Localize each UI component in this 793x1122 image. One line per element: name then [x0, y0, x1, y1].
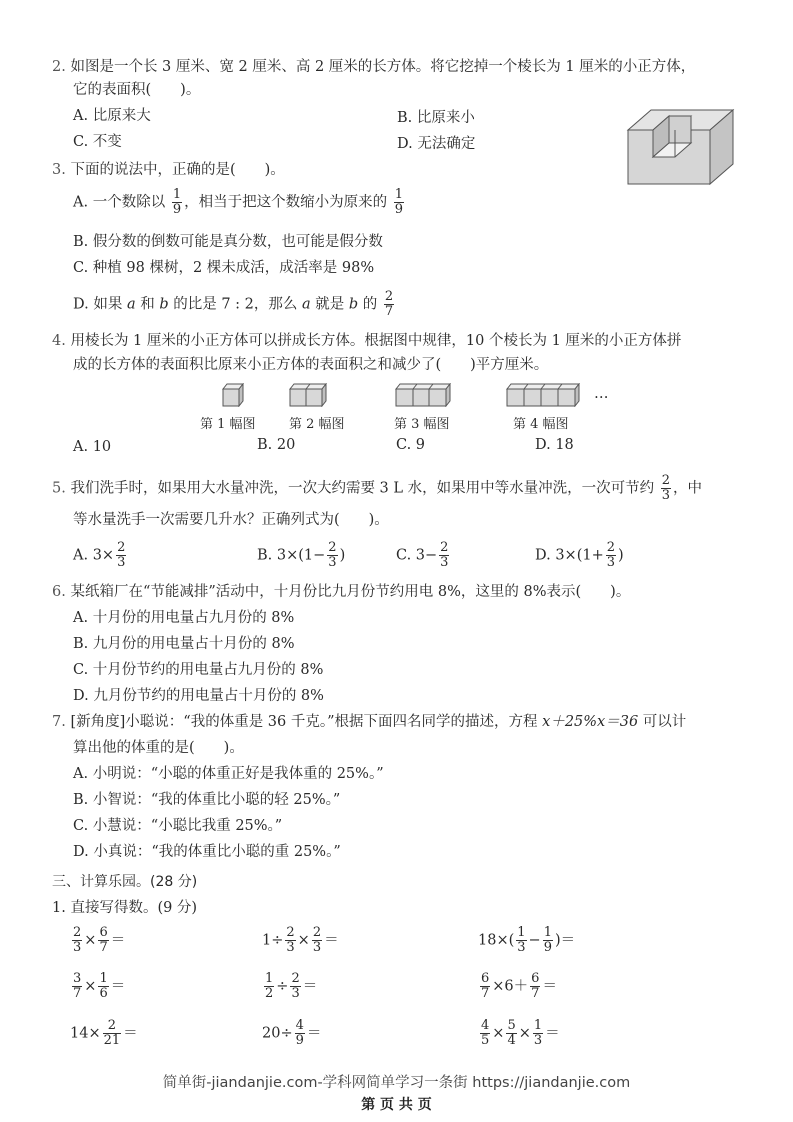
ellipsis: … [594, 386, 609, 402]
fraction: 27 [384, 290, 394, 319]
q4-option-c[interactable]: C. 9 [396, 437, 425, 453]
calc-r1c1[interactable]: 23×67＝ [70, 926, 125, 955]
q2-line2: 它的表面积( )。 [73, 80, 200, 100]
page-number: 第 页 共 页 [0, 1094, 793, 1114]
q5-option-a[interactable]: A. 3×23 [73, 541, 128, 570]
q4-line1: 4. 用棱长为 1 厘米的小正方体可以拼成长方体。根据图中规律，10 个棱长为 … [52, 331, 681, 351]
calc-r3c2[interactable]: 20÷49＝ [262, 1019, 321, 1048]
q5-line2: 等水量洗手一次需要几升水？正确列式为( )。 [73, 510, 389, 530]
q4-option-a[interactable]: A. 10 [73, 437, 111, 457]
q6-option-c[interactable]: C. 十月份节约的用电量占九月份的 8% [73, 660, 323, 680]
calc-r2c3[interactable]: 67×6＋67＝ [478, 972, 557, 1001]
cuboid-notch-figure [625, 106, 737, 188]
q6-option-d[interactable]: D. 九月份节约的用电量占十月份的 8% [73, 686, 324, 706]
q5-option-c[interactable]: C. 3−23 [396, 541, 451, 570]
q6-option-b[interactable]: B. 九月份的用电量占十月份的 8% [73, 634, 295, 654]
calc-r3c1[interactable]: 14×221＝ [70, 1019, 138, 1048]
q4-option-b[interactable]: B. 20 [257, 437, 295, 453]
q4-line2: 成的长方体的表面积比原来小正方体的表面积之和减少了( )平方厘米。 [73, 355, 548, 375]
q3-option-b[interactable]: B. 假分数的倒数可能是真分数，也可能是假分数 [73, 232, 383, 252]
cube-figure-2 [289, 383, 327, 407]
figure-caption-3: 第 3 幅图 [394, 413, 450, 432]
q7-line1: 7. [新角度]小聪说：“我的体重是 36 千克。”根据下面四名同学的描述，方程… [52, 712, 686, 732]
q2-line1: 2. 如图是一个长 3 厘米、宽 2 厘米、高 2 厘米的长方体。将它挖掉一个棱… [52, 57, 695, 77]
fraction: 19 [394, 188, 404, 217]
figure-caption-4: 第 4 幅图 [513, 413, 569, 432]
fraction: 23 [661, 474, 671, 503]
cube-figure-4 [506, 383, 580, 407]
q2-option-a[interactable]: A. 比原来大 [73, 106, 151, 126]
calc-r1c3[interactable]: 18×(13−19)＝ [478, 926, 575, 955]
subsection-1-title: 1. 直接写得数。(9 分) [52, 898, 197, 918]
q2-option-b[interactable]: B. 比原来小 [397, 106, 475, 127]
q7-option-c[interactable]: C. 小慧说：“小聪比我重 25%。” [73, 816, 282, 836]
q6-option-a[interactable]: A. 十月份的用电量占九月份的 8% [73, 608, 294, 628]
figure-caption-1: 第 1 幅图 [200, 413, 256, 432]
calc-r3c3[interactable]: 45×54×13＝ [478, 1019, 560, 1048]
q6-stem: 6. 某纸箱厂在“节能减排”活动中，十月份比九月份节约用电 8%，这里的 8%表… [52, 582, 630, 602]
q2-option-d[interactable]: D. 无法确定 [397, 132, 475, 153]
q5-option-d[interactable]: D. 3×(1+23) [535, 541, 624, 570]
calc-r1c2[interactable]: 1÷23×23＝ [262, 926, 339, 955]
q3-option-d[interactable]: D. 如果 a 和 b 的比是 7 : 2，那么 a 就是 b 的 27 [73, 290, 396, 319]
figure-caption-2: 第 2 幅图 [289, 413, 345, 432]
cube-figure-3 [395, 383, 451, 407]
q7-line2: 算出他的体重的是( )。 [73, 738, 244, 758]
footer-watermark: 简单街-jiandanjie.com-学科网简单学习一条街 https://ji… [0, 1071, 793, 1092]
cube-figure-1 [222, 383, 244, 407]
section-3-title: 三、计算乐园。(28 分) [52, 872, 197, 892]
q5-option-b[interactable]: B. 3×(1−23) [257, 541, 345, 570]
calc-r2c1[interactable]: 37×16＝ [70, 972, 125, 1001]
calc-r2c2[interactable]: 12÷23＝ [262, 972, 317, 1001]
q7-option-a[interactable]: A. 小明说：“小聪的体重正好是我体重的 25%。” [73, 764, 384, 784]
q5-line1: 5. 我们洗手时，如果用大水量冲洗，一次大约需要 3 L 水，如果用中等水量冲洗… [52, 474, 702, 503]
q3-option-a[interactable]: A. 一个数除以 19，相当于把这个数缩小为原来的 19 [73, 188, 406, 217]
q7-option-d[interactable]: D. 小真说：“我的体重比小聪的重 25%。” [73, 842, 341, 862]
q3-option-c[interactable]: C. 种植 98 棵树，2 棵未成活，成活率是 98% [73, 258, 374, 278]
q4-option-d[interactable]: D. 18 [535, 437, 574, 453]
q7-option-b[interactable]: B. 小智说：“我的体重比小聪的轻 25%。” [73, 790, 340, 810]
q3-stem: 3. 下面的说法中，正确的是( )。 [52, 160, 285, 180]
q2-option-c[interactable]: C. 不变 [73, 132, 122, 152]
fraction: 19 [172, 188, 182, 217]
